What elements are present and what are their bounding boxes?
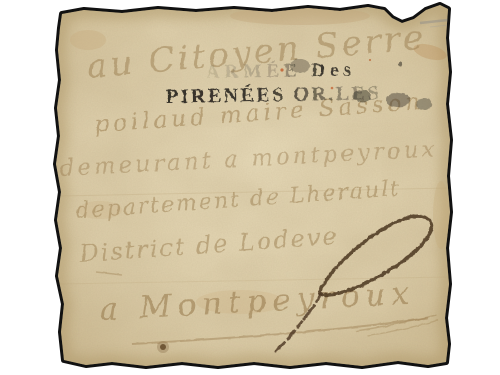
ink-smudge xyxy=(416,98,432,110)
cover-illustration: au Citoyen Serre poilaud maire Sasson de… xyxy=(0,0,500,375)
ink-smudge xyxy=(290,59,310,73)
postmark-line-1: ARMÉE Des xyxy=(206,58,356,83)
ink-smudge xyxy=(353,90,371,102)
postmark-line-2: PIRENÉES OR.LES xyxy=(166,81,382,108)
ink-smudge xyxy=(398,62,402,66)
ink-smudge xyxy=(386,93,410,107)
postal-cover-photo: au Citoyen Serre poilaud maire Sasson de… xyxy=(0,0,500,375)
